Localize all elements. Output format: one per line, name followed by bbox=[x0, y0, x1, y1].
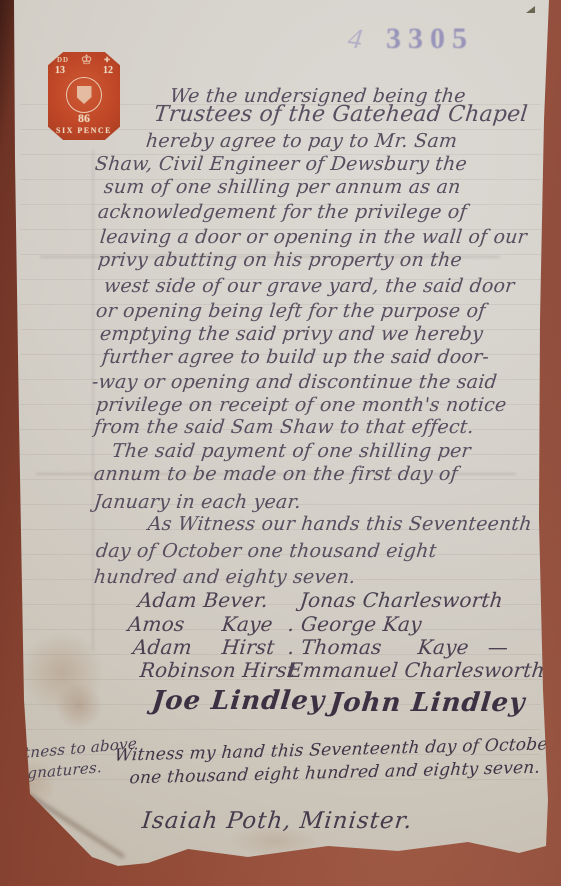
document-line: -way or opening and discontinue the said bbox=[91, 371, 498, 393]
signature: Jonas Charlesworth bbox=[299, 588, 504, 612]
document-line: sum of one shilling per annum as an bbox=[103, 176, 462, 198]
handwritten-serial-mark: 4 bbox=[346, 23, 364, 57]
signature: Amos bbox=[127, 612, 186, 636]
document-line: Shaw, Civil Engineer of Dewsbury the bbox=[94, 153, 468, 175]
document-line: west side of our grave yard, the said do… bbox=[103, 275, 516, 297]
signature: Kaye bbox=[417, 635, 470, 659]
document-line: further agree to build up the said door- bbox=[101, 346, 490, 368]
document-line: As Witness our hands this Seventeenth bbox=[147, 513, 533, 535]
coat-of-arms-icon bbox=[66, 77, 102, 113]
document-line: emptying the said privy and we hereby bbox=[99, 323, 484, 345]
stamp-number-left: 13 bbox=[55, 65, 65, 76]
stamp-number-right: 12 bbox=[103, 65, 113, 76]
document-line: January in each year. bbox=[93, 491, 302, 513]
photograph-background: DD ♔ ✚ 13 12 86 SIX PENCE 4 3305 We the … bbox=[0, 0, 561, 886]
document-line: leaving a door or opening in the wall of… bbox=[99, 226, 528, 248]
document-line: acknowledgement for the privilege of bbox=[97, 201, 468, 223]
signature: Joe Lindley bbox=[150, 686, 326, 716]
document-line: The said payment of one shilling per bbox=[111, 440, 472, 462]
stamp-ornament-left: DD bbox=[57, 56, 69, 64]
document-line: privilege on receipt of one month's noti… bbox=[95, 394, 508, 416]
witness-margin-note: Signatures. bbox=[12, 758, 102, 784]
document-line: or opening being left for the purpose of bbox=[95, 300, 487, 322]
document-line: day of October one thousand eight bbox=[95, 540, 438, 562]
document-line: hereby agree to pay to Mr. Sam bbox=[145, 130, 459, 152]
document-line: Trustees of the Gatehead Chapel bbox=[153, 102, 529, 127]
signature: Kaye bbox=[221, 612, 274, 636]
foxing-stain bbox=[52, 682, 106, 730]
signature: Hirst bbox=[221, 635, 276, 659]
cross-icon: ✚ bbox=[104, 56, 111, 64]
stamp-center-number: 86 bbox=[48, 113, 120, 124]
corner-fold-mark bbox=[526, 6, 535, 13]
document-line: annum to be made on the first day of bbox=[93, 463, 459, 485]
revenue-stamp: DD ♔ ✚ 13 12 86 SIX PENCE bbox=[48, 52, 120, 140]
signature: . George Kay bbox=[287, 612, 423, 636]
document-line: from the said Sam Shaw to that effect. bbox=[93, 416, 475, 438]
crown-icon: ♔ bbox=[81, 55, 93, 65]
signature: John Lindley bbox=[328, 688, 526, 718]
document-line: hundred and eighty seven. bbox=[93, 566, 357, 588]
signature: Emmanuel Charlesworth bbox=[287, 658, 546, 682]
shield-icon bbox=[77, 86, 92, 104]
signature: Adam Bever. bbox=[137, 588, 270, 612]
signature: . Thomas bbox=[287, 635, 383, 659]
stamp-denomination: SIX PENCE bbox=[48, 126, 120, 135]
document-line: privy abutting on his property on the bbox=[97, 249, 463, 271]
serial-number-stamp: 3305 bbox=[386, 22, 474, 56]
folded-corner-shadow bbox=[24, 791, 125, 859]
signature: Robinson Hirst bbox=[139, 658, 297, 682]
signature: Adam bbox=[132, 635, 193, 659]
document-paper: DD ♔ ✚ 13 12 86 SIX PENCE 4 3305 We the … bbox=[0, 0, 561, 886]
signature-flourish: — bbox=[487, 635, 510, 659]
minister-signature: Isaiah Poth, Minister. bbox=[141, 808, 414, 834]
foxing-stain bbox=[16, 628, 108, 716]
